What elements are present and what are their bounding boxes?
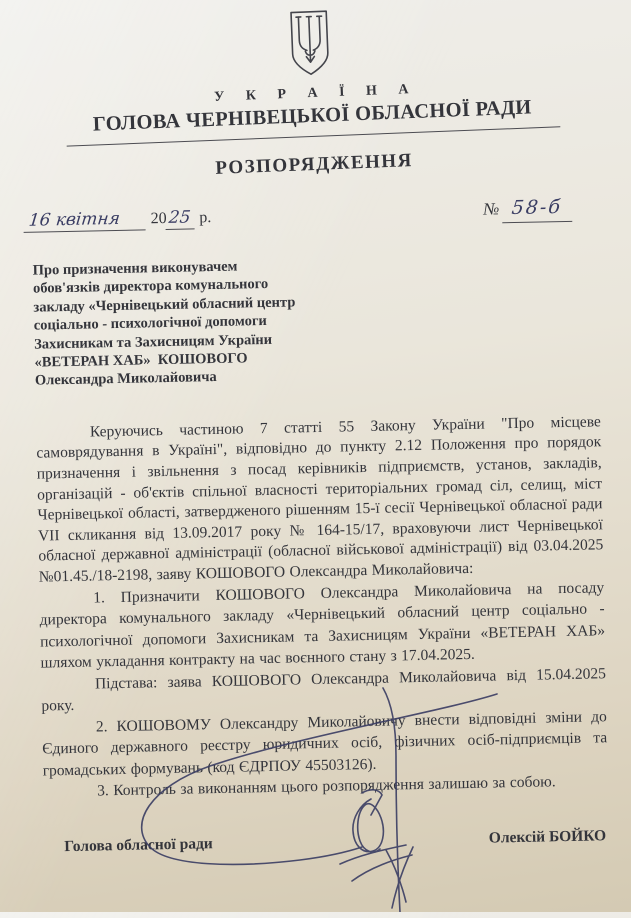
signer-name: Олексій БОЙКО <box>489 827 607 847</box>
document-type-title: РОЗПОРЯДЖЕННЯ <box>0 142 630 189</box>
signer-position-title: Голова обласної ради <box>64 835 213 856</box>
date-line: 16 квітня 2025 р. <box>24 207 211 233</box>
handwritten-number: 58-б <box>502 196 575 223</box>
subject-block: Про призначення виконувачем обов'язків д… <box>33 255 366 390</box>
year-prefix: 20 <box>150 210 166 227</box>
item-1: 1. Призначити КОШОВОГО Олександра Микола… <box>39 577 606 674</box>
handwritten-year: 25 <box>166 207 197 230</box>
resolution-items: 1. Призначити КОШОВОГО Олександра Микола… <box>39 577 608 803</box>
document-page: У К Р А Ї Н А ГОЛОВА ЧЕРНІВЕЦЬКОЇ ОБЛАСН… <box>0 0 631 912</box>
document-header: У К Р А Ї Н А ГОЛОВА ЧЕРНІВЕЦЬКОЇ ОБЛАСН… <box>0 0 630 188</box>
item-2: 2. КОШОВОМУ Олександру Миколайовичу внес… <box>42 706 608 782</box>
year-suffix: р. <box>199 209 211 226</box>
ukraine-trident-coat-of-arms-icon <box>284 8 335 78</box>
number-line: № 58-б <box>483 196 574 224</box>
date-number-row: 16 квітня 2025 р. № 58-б <box>24 195 597 232</box>
preamble-paragraph: Керуючись частиною 7 статті 55 Закону Ук… <box>36 412 604 588</box>
handwritten-date: 16 квітня <box>24 208 148 232</box>
number-sign: № <box>483 199 499 218</box>
signature-row: Голова обласної ради Олексій БОЙКО <box>64 827 606 856</box>
document-body: Керуючись частиною 7 статті 55 Закону Ук… <box>36 412 609 803</box>
